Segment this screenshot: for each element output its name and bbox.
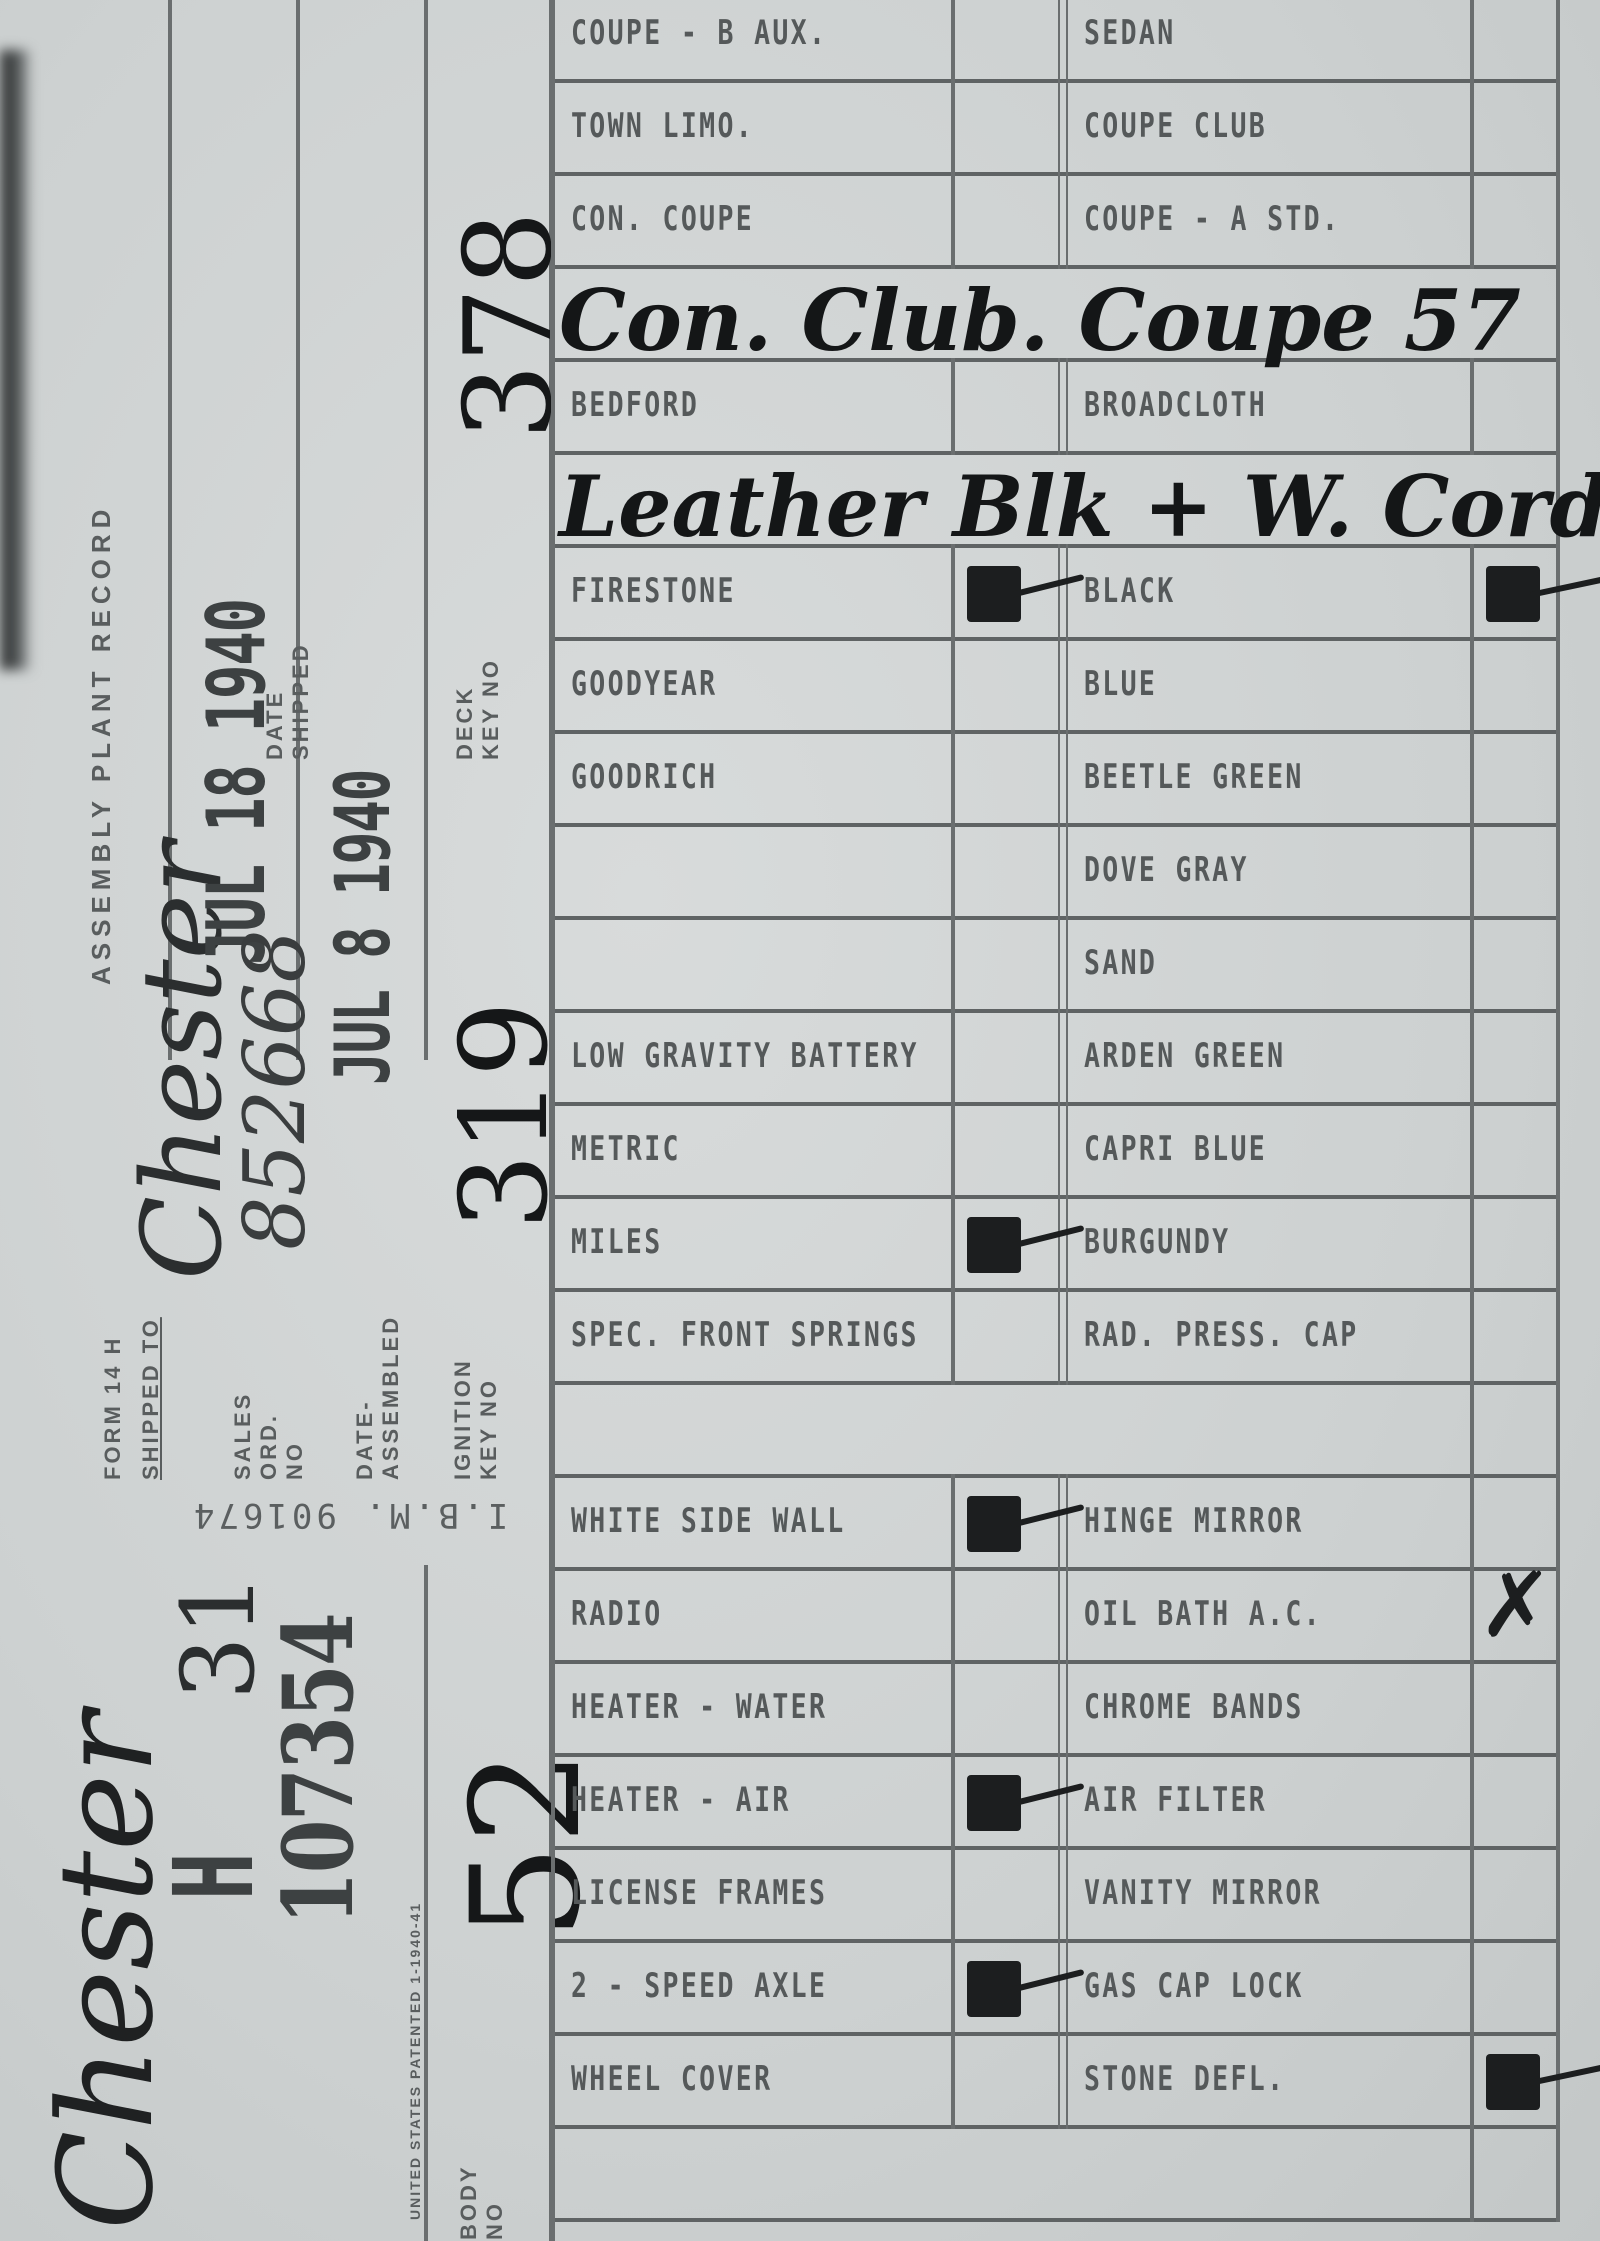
- column-divider: [1556, 79, 1560, 176]
- option-label-right: AIR FILTER: [1084, 1780, 1267, 1820]
- row-divider: [551, 2125, 1560, 2129]
- option-checkbox-left[interactable]: [955, 1664, 1058, 1753]
- option-label-right: RAD. PRESS. CAP: [1084, 1315, 1359, 1355]
- column-divider: [1066, 358, 1068, 455]
- date-shipped-label: DATE SHIPPED: [262, 650, 314, 760]
- option-label-right: BLACK: [1084, 571, 1176, 611]
- option-label-right: BROADCLOTH: [1084, 385, 1267, 425]
- option-label-left: BEDFORD: [571, 385, 699, 425]
- column-divider: [1058, 1939, 1060, 2036]
- column-divider: [1556, 1846, 1560, 1943]
- column-divider: [1066, 1474, 1068, 1571]
- ibm-form-number: I.B.M. 901674: [190, 1495, 508, 1535]
- column-divider: [1066, 544, 1068, 641]
- option-checkbox-left[interactable]: [955, 362, 1058, 451]
- column-divider: [1556, 2032, 1560, 2129]
- serial-number: 107354: [262, 1614, 375, 1925]
- option-label-left: CON. COUPE: [571, 199, 754, 239]
- column-divider: [1556, 1660, 1560, 1757]
- column-divider: [1556, 1474, 1560, 1571]
- column-divider: [1066, 916, 1068, 1013]
- column-divider: [1058, 730, 1060, 827]
- x-mark-icon: ✗: [1478, 1553, 1553, 1658]
- column-divider: [1058, 79, 1060, 176]
- column-divider: [1066, 1195, 1068, 1292]
- column-divider: [1066, 0, 1068, 83]
- serial-annotation: 31: [160, 1573, 277, 1700]
- option-label-left: 2 - SPEED AXLE: [571, 1966, 827, 2006]
- column-divider: [1556, 730, 1560, 827]
- column-divider: [1058, 1102, 1060, 1199]
- option-checkbox-left[interactable]: [955, 0, 1058, 79]
- option-label-right: CHROME BANDS: [1084, 1687, 1304, 1727]
- handwritten-entry: Con. Club. Coupe 57: [559, 271, 1521, 370]
- column-divider: [1066, 730, 1068, 827]
- column-divider: [1066, 172, 1068, 269]
- rule-line: [296, 0, 300, 1060]
- column-divider: [1058, 823, 1060, 920]
- option-label-right: BLUE: [1084, 664, 1157, 704]
- option-checkbox-right[interactable]: [1474, 1013, 1556, 1102]
- option-checkbox-left[interactable]: [955, 2036, 1058, 2125]
- column-divider: [1556, 1567, 1560, 1664]
- option-checkbox-right[interactable]: [1474, 83, 1556, 172]
- column-divider: [1058, 358, 1060, 455]
- option-label-left: WHEEL COVER: [571, 2059, 772, 2099]
- option-label-left: LOW GRAVITY BATTERY: [571, 1036, 919, 1076]
- column-divider: [1058, 1567, 1060, 1664]
- row-divider: [551, 2218, 1560, 2222]
- assembly-plant-record-card: ASSEMBLY PLANT RECORD FORM 14 H SHIPPED …: [0, 0, 1600, 2241]
- column-divider: [1556, 1753, 1560, 1850]
- row-divider: [551, 265, 1560, 269]
- option-checkbox-left[interactable]: [955, 641, 1058, 730]
- option-checkbox-right[interactable]: [1474, 176, 1556, 265]
- column-divider: [1058, 2032, 1060, 2129]
- sales-order-label: SALES ORD. NO: [230, 1370, 308, 1480]
- option-label-left: FIRESTONE: [571, 571, 736, 611]
- option-checkbox-right[interactable]: [1474, 920, 1556, 1009]
- column-divider: [1066, 1939, 1068, 2036]
- option-checkbox-right[interactable]: [1474, 1385, 1556, 1474]
- signature: Chester: [30, 1712, 182, 2230]
- option-checkbox-left[interactable]: [955, 1106, 1058, 1195]
- column-divider: [1470, 2125, 1474, 2222]
- option-label-right: GAS CAP LOCK: [1084, 1966, 1304, 2006]
- option-label-left: MILES: [571, 1222, 663, 1262]
- shipped-to-label: SHIPPED TO: [138, 1317, 164, 1480]
- column-divider: [1058, 1474, 1060, 1571]
- column-divider: [1556, 2125, 1560, 2222]
- column-divider: [1058, 1660, 1060, 1757]
- column-divider: [1058, 0, 1060, 83]
- sales-order-value: 852668: [226, 929, 324, 1250]
- option-label-right: SAND: [1084, 943, 1157, 983]
- option-checkbox-right[interactable]: [1474, 1664, 1556, 1753]
- date-assembled-value: JUL 8 1940: [318, 770, 407, 1085]
- column-divider: [1556, 1195, 1560, 1292]
- option-checkbox-left[interactable]: [955, 734, 1058, 823]
- column-divider: [1066, 1009, 1068, 1106]
- option-checkbox-right[interactable]: [1474, 1757, 1556, 1846]
- option-checkbox-left[interactable]: [955, 827, 1058, 916]
- row-divider: [551, 451, 1560, 455]
- column-divider: [1066, 1846, 1068, 1943]
- card-edge-shadow: [0, 50, 32, 670]
- option-label-right: COUPE CLUB: [1084, 106, 1267, 146]
- column-divider: [1556, 1381, 1560, 1478]
- option-checkbox-left[interactable]: [955, 1013, 1058, 1102]
- option-label-right: COUPE - A STD.: [1084, 199, 1340, 239]
- column-divider: [1556, 1102, 1560, 1199]
- form-number: FORM 14 H: [100, 1336, 126, 1480]
- column-divider: [1066, 1102, 1068, 1199]
- option-label-left: GOODYEAR: [571, 664, 717, 704]
- body-number-label: BODY NO: [456, 2150, 508, 2240]
- patent-text: UNITED STATES PATENTED 1-1940-41: [402, 1902, 428, 2220]
- option-label-left: METRIC: [571, 1129, 681, 1169]
- option-checkbox-right[interactable]: [1474, 641, 1556, 730]
- option-label-left: WHITE SIDE WALL: [571, 1501, 846, 1541]
- column-divider: [1058, 1288, 1060, 1385]
- column-divider: [1066, 2032, 1068, 2129]
- option-checkbox-right[interactable]: [1474, 1943, 1556, 2032]
- option-checkbox-left[interactable]: [955, 1571, 1058, 1660]
- option-checkbox-left[interactable]: [955, 920, 1058, 1009]
- column-divider: [1556, 172, 1560, 269]
- column-divider: [1556, 823, 1560, 920]
- column-divider: [551, 0, 555, 2241]
- deck-key-label: DECK KEY NO: [452, 650, 504, 760]
- option-checkbox-right[interactable]: [1474, 734, 1556, 823]
- column-divider: [1066, 637, 1068, 734]
- option-label-right: STONE DEFL.: [1084, 2059, 1285, 2099]
- option-label-right: BURGUNDY: [1084, 1222, 1230, 1262]
- rule-line: [424, 0, 428, 1060]
- column-divider: [1058, 1195, 1060, 1292]
- column-divider: [1066, 823, 1068, 920]
- column-divider: [1556, 916, 1560, 1013]
- form-title: ASSEMBLY PLANT RECORD: [88, 504, 114, 985]
- option-checkbox-right[interactable]: [1474, 1292, 1556, 1381]
- date-assembled-label: DATE-ASSEMBLED: [352, 1360, 404, 1480]
- option-checkbox-left[interactable]: [955, 83, 1058, 172]
- column-divider: [1058, 637, 1060, 734]
- option-label-right: CAPRI BLUE: [1084, 1129, 1267, 1169]
- option-checkbox-right[interactable]: [1474, 1850, 1556, 1939]
- column-divider: [1058, 916, 1060, 1013]
- column-divider: [1556, 358, 1560, 455]
- handwritten-entry: Leather Blk + W. Cord: [559, 457, 1600, 556]
- option-label-right: BEETLE GREEN: [1084, 757, 1304, 797]
- column-divider: [1556, 1009, 1560, 1106]
- option-checkbox-left[interactable]: [955, 1850, 1058, 1939]
- column-divider: [1066, 1288, 1068, 1385]
- column-divider: [1058, 1009, 1060, 1106]
- option-label-right: OIL BATH A.C.: [1084, 1594, 1322, 1634]
- option-checkbox-left[interactable]: [955, 176, 1058, 265]
- column-divider: [1556, 544, 1560, 641]
- option-checkbox-right[interactable]: [1474, 1106, 1556, 1195]
- option-label-right: SEDAN: [1084, 13, 1176, 53]
- column-divider: [1058, 1846, 1060, 1943]
- column-divider: [1066, 1753, 1068, 1850]
- column-divider: [1058, 172, 1060, 269]
- column-divider: [1066, 1567, 1068, 1664]
- column-divider: [1058, 1753, 1060, 1850]
- ignition-key-label: IGNITION KEY NO: [450, 1360, 502, 1480]
- option-label-right: HINGE MIRROR: [1084, 1501, 1304, 1541]
- option-label-right: ARDEN GREEN: [1084, 1036, 1285, 1076]
- column-divider: [1556, 637, 1560, 734]
- option-checkbox-right[interactable]: [1474, 362, 1556, 451]
- column-divider: [1556, 1939, 1560, 2036]
- option-label-left: GOODRICH: [571, 757, 717, 797]
- column-divider: [1556, 1288, 1560, 1385]
- option-checkbox-left[interactable]: [955, 1292, 1058, 1381]
- option-label-left: HEATER - AIR: [571, 1780, 791, 1820]
- option-label-left: TOWN LIMO.: [571, 106, 754, 146]
- column-divider: [1556, 0, 1560, 83]
- option-label-left: SPEC. FRONT SPRINGS: [571, 1315, 919, 1355]
- column-divider: [1556, 265, 1560, 362]
- option-checkbox-right[interactable]: [1474, 0, 1556, 79]
- option-label-left: RADIO: [571, 1594, 663, 1634]
- option-label-right: DOVE GRAY: [1084, 850, 1249, 890]
- option-checkbox-right[interactable]: [1474, 827, 1556, 916]
- column-divider: [1066, 79, 1068, 176]
- column-divider: [1066, 1660, 1068, 1757]
- column-divider: [1058, 544, 1060, 641]
- option-checkbox-right[interactable]: [1474, 1199, 1556, 1288]
- option-label-right: VANITY MIRROR: [1084, 1873, 1322, 1913]
- option-label-left: LICENSE FRAMES: [571, 1873, 827, 1913]
- option-label-left: HEATER - WATER: [571, 1687, 827, 1727]
- option-label-left: COUPE - B AUX.: [571, 13, 827, 53]
- option-checkbox-left[interactable]: [955, 1385, 1058, 1474]
